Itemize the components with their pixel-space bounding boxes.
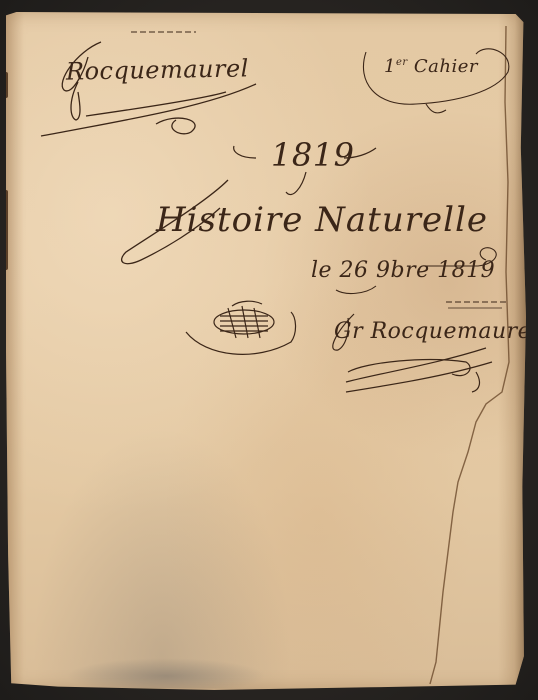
signature-flourish-bottom-right-icon: [333, 302, 506, 392]
date-line: le 26 9bre 1819: [311, 258, 495, 283]
cahier-number: 1: [384, 56, 396, 77]
notebook-cover: Rocquemaurel 1er Cahier 1819 Histoire Na…: [6, 12, 526, 690]
owner-name-top: Rocquemaurel: [66, 54, 249, 85]
owner-signature-bottom: Gr Rocquemaurel: [334, 319, 538, 344]
ink-flourishes: [6, 12, 526, 690]
year-heading: 1819: [271, 136, 354, 174]
water-stain: [66, 658, 266, 688]
calligraphic-monogram-icon: [186, 301, 296, 354]
cahier-word: Cahier: [414, 56, 478, 77]
cahier-suffix: er: [396, 57, 408, 68]
cahier-label: 1er Cahier: [384, 56, 478, 77]
tear-line: [6, 12, 526, 690]
document-title: Histoire Naturelle: [156, 200, 488, 240]
